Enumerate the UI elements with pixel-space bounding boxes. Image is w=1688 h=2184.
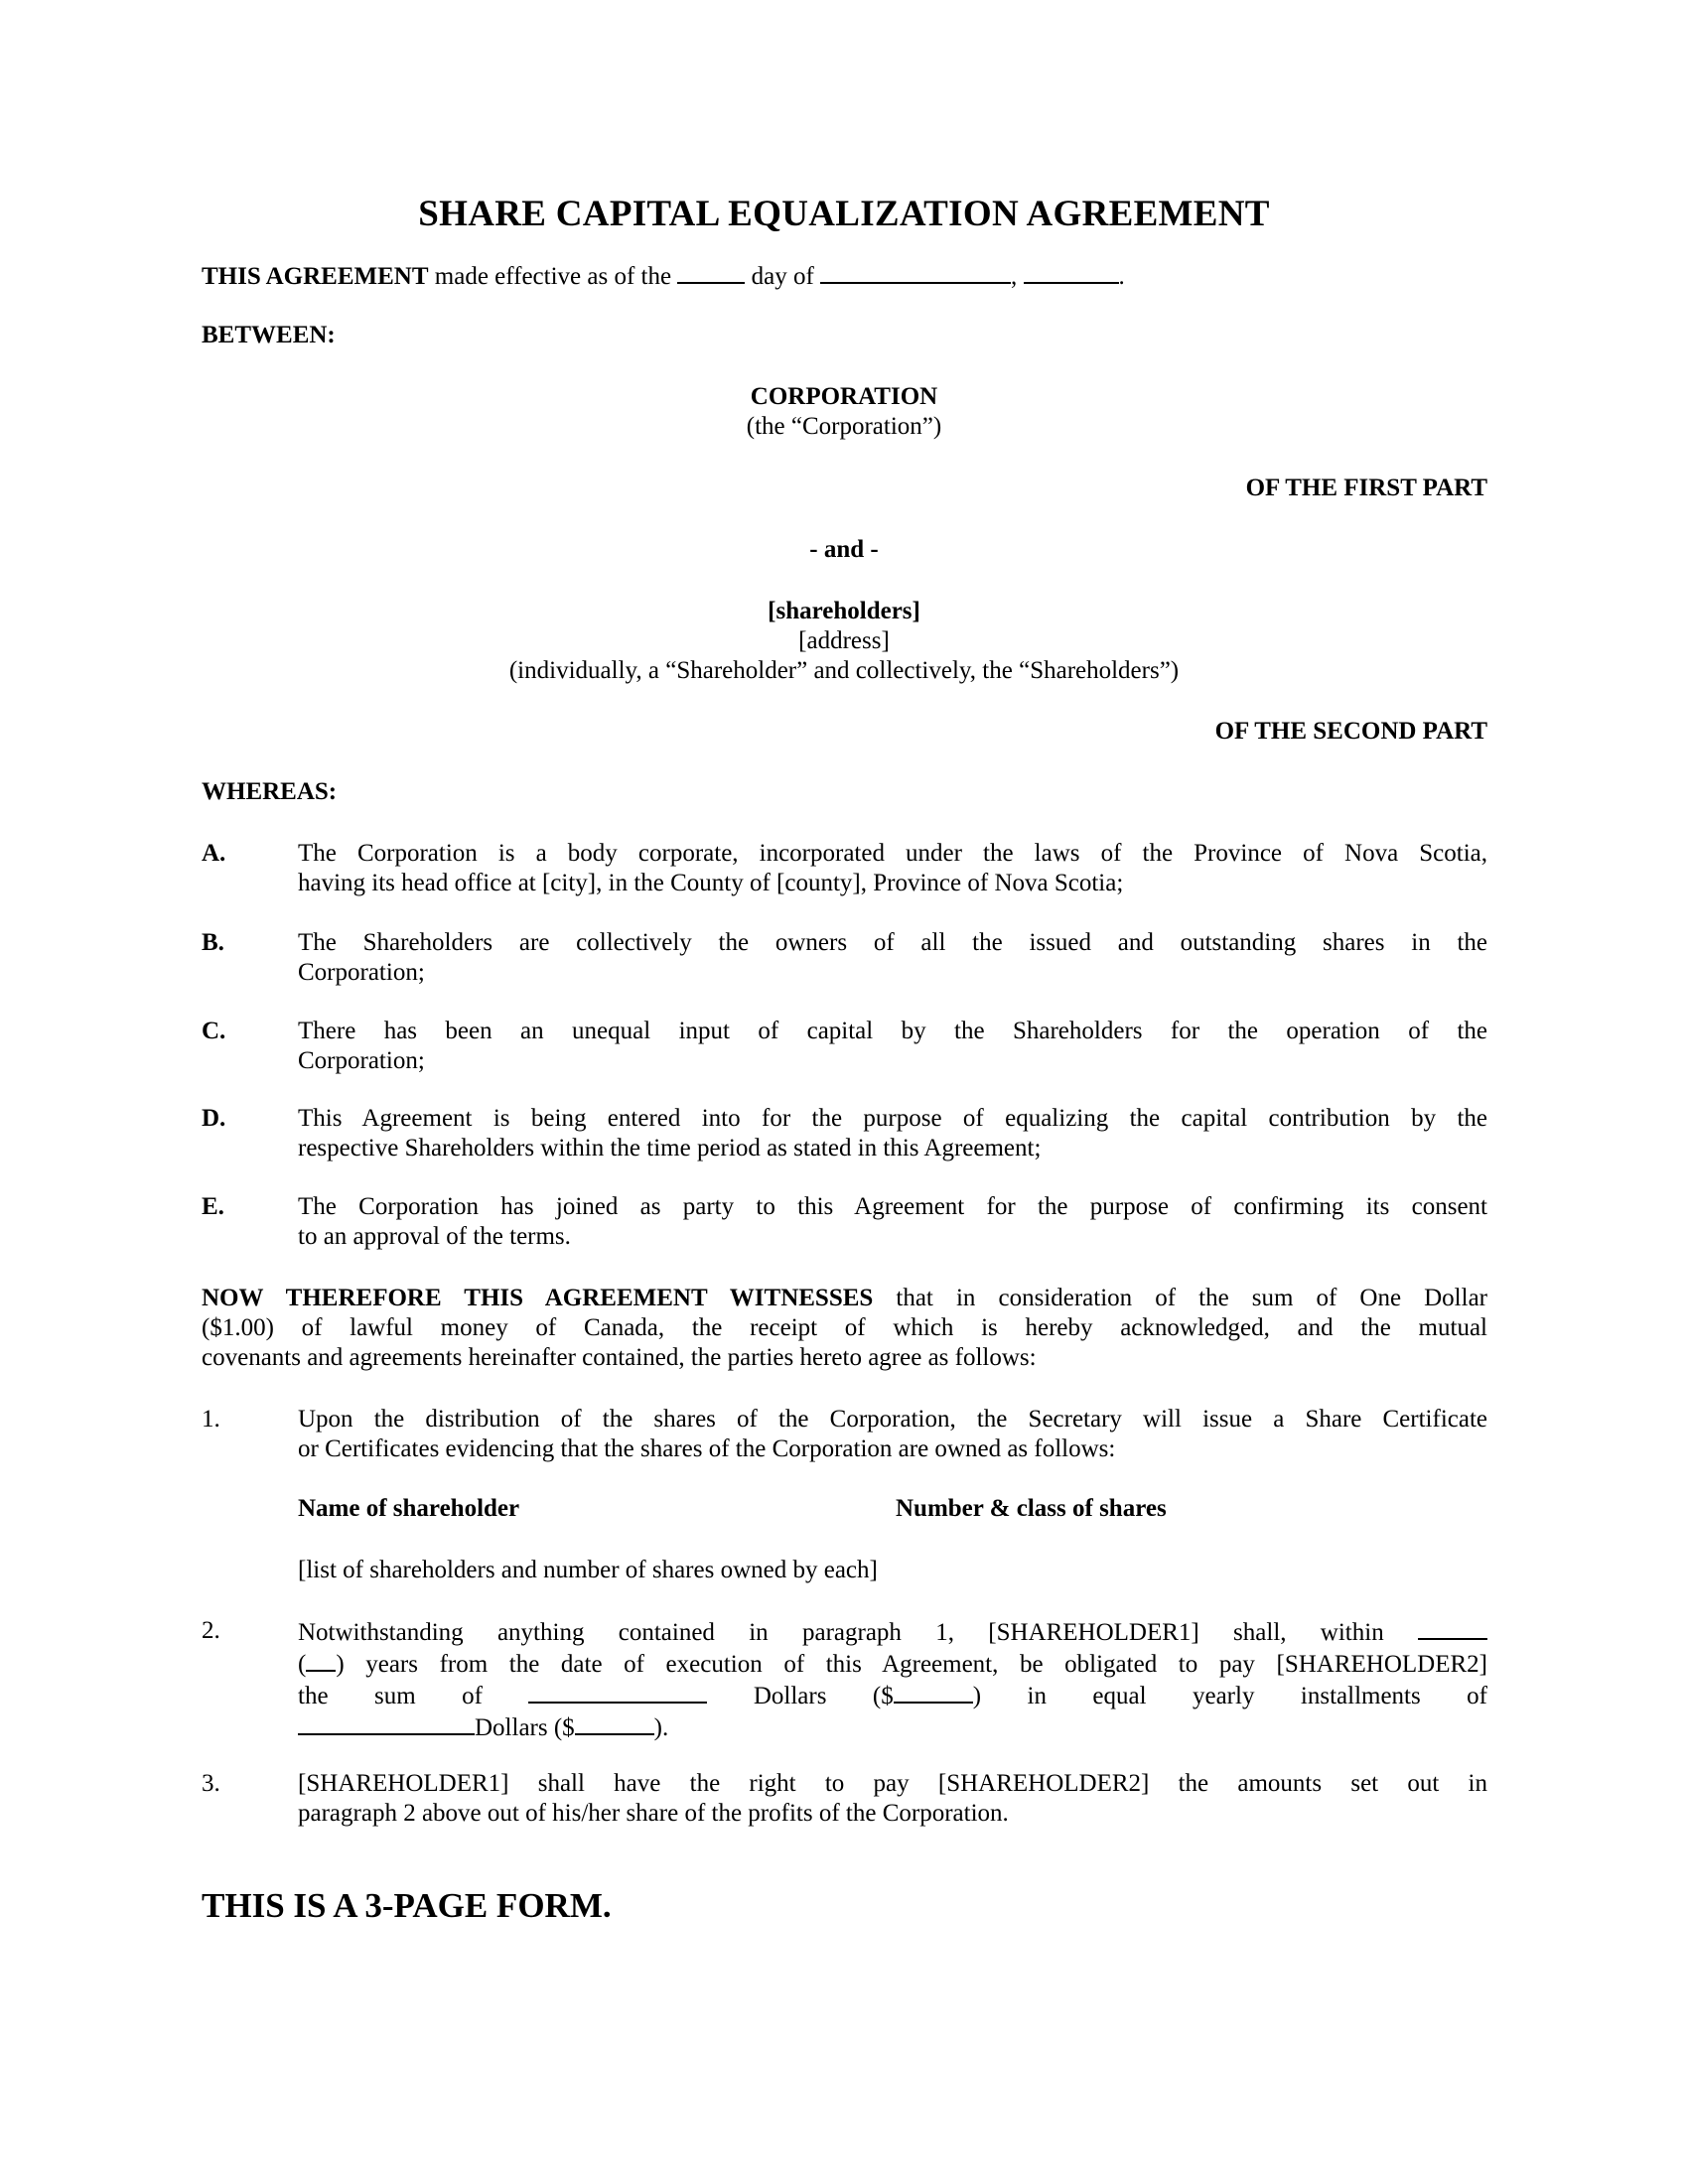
clause-text: Upon the distribution of the shares of t… bbox=[298, 1405, 1487, 1464]
sum-amount-blank-field[interactable] bbox=[894, 1680, 973, 1704]
installment-amount-blank-field[interactable] bbox=[575, 1711, 654, 1735]
recital-text: This Agreement is being entered into for… bbox=[298, 1104, 1487, 1163]
year-blank-field[interactable] bbox=[1024, 260, 1119, 284]
recital-text: The Corporation has joined as party to t… bbox=[298, 1192, 1487, 1252]
recital-label: E. bbox=[202, 1192, 224, 1222]
witnesses-line: ($1.00) of lawful money of Canada, the r… bbox=[202, 1313, 1487, 1343]
recital-label: D. bbox=[202, 1104, 225, 1134]
clause-line: () years from the date of execution of t… bbox=[298, 1648, 1487, 1680]
party1-name: CORPORATION bbox=[0, 382, 1688, 412]
witnesses-line: covenants and agreements hereinafter con… bbox=[202, 1343, 1487, 1373]
recital-label: A. bbox=[202, 839, 225, 869]
party2-address: [address] bbox=[0, 626, 1688, 656]
years-words-blank-field[interactable] bbox=[1418, 1616, 1487, 1640]
clause-line: the sum of Dollars ($) in equal yearly i… bbox=[298, 1680, 1487, 1711]
day-blank-field[interactable] bbox=[677, 260, 745, 284]
recital-text: The Shareholders are collectively the ow… bbox=[298, 928, 1487, 988]
recital-label: C. bbox=[202, 1017, 225, 1046]
recital-line: This Agreement is being entered into for… bbox=[298, 1104, 1487, 1134]
clause-line: Notwithstanding anything contained in pa… bbox=[298, 1616, 1487, 1648]
table-header-shares: Number & class of shares bbox=[896, 1494, 1167, 1524]
first-part-label: OF THE FIRST PART bbox=[199, 474, 1487, 503]
effective-text-1: made effective as of the bbox=[429, 263, 678, 290]
recital-line: There has been an unequal input of capit… bbox=[298, 1017, 1487, 1046]
document-page: SHARE CAPITAL EQUALIZATION AGREEMENT THI… bbox=[0, 0, 1688, 2184]
and-separator: - and - bbox=[0, 535, 1688, 565]
recital-line: The Corporation is a body corporate, inc… bbox=[298, 839, 1487, 869]
clause-line: [SHAREHOLDER1] shall have the right to p… bbox=[298, 1769, 1487, 1799]
party2-name: [shareholders] bbox=[0, 597, 1688, 626]
witnesses-line: NOW THEREFORE THIS AGREEMENT WITNESSES t… bbox=[202, 1284, 1487, 1313]
clause-label: 1. bbox=[202, 1405, 220, 1434]
effective-text-4: . bbox=[1119, 263, 1125, 290]
clause-line: paragraph 2 above out of his/her share o… bbox=[298, 1799, 1487, 1829]
clause-label: 2. bbox=[202, 1616, 220, 1646]
page-count-notice: THIS IS A 3-PAGE FORM. bbox=[202, 1886, 612, 1926]
clause-line: or Certificates evidencing that the shar… bbox=[298, 1434, 1487, 1464]
recital-line: to an approval of the terms. bbox=[298, 1222, 1487, 1252]
document-title: SHARE CAPITAL EQUALIZATION AGREEMENT bbox=[0, 193, 1688, 235]
installment-words-blank-field[interactable] bbox=[298, 1711, 475, 1735]
between-label: BETWEEN: bbox=[202, 321, 336, 350]
witnesses-lead: NOW THEREFORE THIS AGREEMENT WITNESSES bbox=[202, 1285, 873, 1311]
clause-text-fragment: ) in equal yearly installments of bbox=[973, 1683, 1487, 1709]
recital-line: having its head office at [city], in the… bbox=[298, 869, 1487, 898]
clause-text-fragment: ) years from the date of execution of th… bbox=[336, 1651, 1487, 1678]
recital-text: There has been an unequal input of capit… bbox=[298, 1017, 1487, 1076]
recital-label: B. bbox=[202, 928, 224, 958]
witnesses-paragraph: NOW THEREFORE THIS AGREEMENT WITNESSES t… bbox=[202, 1284, 1487, 1373]
whereas-label: WHEREAS: bbox=[202, 777, 337, 807]
clause-text-fragment: the sum of bbox=[298, 1683, 483, 1709]
years-number-blank-field[interactable] bbox=[306, 1648, 336, 1672]
party2-defined-as: (individually, a “Shareholder” and colle… bbox=[0, 656, 1688, 686]
clause-line: Dollars ($). bbox=[298, 1711, 1487, 1743]
sum-words-blank-field[interactable] bbox=[528, 1680, 707, 1704]
clause-text-fragment: ). bbox=[654, 1714, 669, 1741]
recital-text: The Corporation is a body corporate, inc… bbox=[298, 839, 1487, 898]
second-part-label: OF THE SECOND PART bbox=[199, 717, 1487, 747]
recital-line: respective Shareholders within the time … bbox=[298, 1134, 1487, 1163]
recital-line: The Shareholders are collectively the ow… bbox=[298, 928, 1487, 958]
this-agreement-label: THIS AGREEMENT bbox=[202, 263, 429, 290]
recital-line: Corporation; bbox=[298, 958, 1487, 988]
clause-text-fragment: Dollars ($ bbox=[475, 1714, 575, 1741]
table-header-name: Name of shareholder bbox=[298, 1494, 519, 1524]
recital-line: Corporation; bbox=[298, 1046, 1487, 1076]
party1-defined-as: (the “Corporation”) bbox=[0, 412, 1688, 442]
effective-text-2: day of bbox=[745, 263, 820, 290]
effective-date-line: THIS AGREEMENT made effective as of the … bbox=[202, 260, 1125, 292]
clause-text-fragment: Notwithstanding anything contained in pa… bbox=[298, 1619, 1384, 1646]
clause-text-fragment: Dollars ($ bbox=[754, 1683, 894, 1709]
month-blank-field[interactable] bbox=[820, 260, 1011, 284]
shareholder-list-placeholder: [list of shareholders and number of shar… bbox=[298, 1556, 878, 1585]
recital-line: The Corporation has joined as party to t… bbox=[298, 1192, 1487, 1222]
witnesses-text: that in consideration of the sum of One … bbox=[873, 1285, 1487, 1311]
clause-text-fragment: ( bbox=[298, 1651, 306, 1678]
clause-line: Upon the distribution of the shares of t… bbox=[298, 1405, 1487, 1434]
effective-text-3: , bbox=[1011, 263, 1024, 290]
clause-text: Notwithstanding anything contained in pa… bbox=[298, 1616, 1487, 1743]
clause-text: [SHAREHOLDER1] shall have the right to p… bbox=[298, 1769, 1487, 1829]
clause-label: 3. bbox=[202, 1769, 220, 1799]
